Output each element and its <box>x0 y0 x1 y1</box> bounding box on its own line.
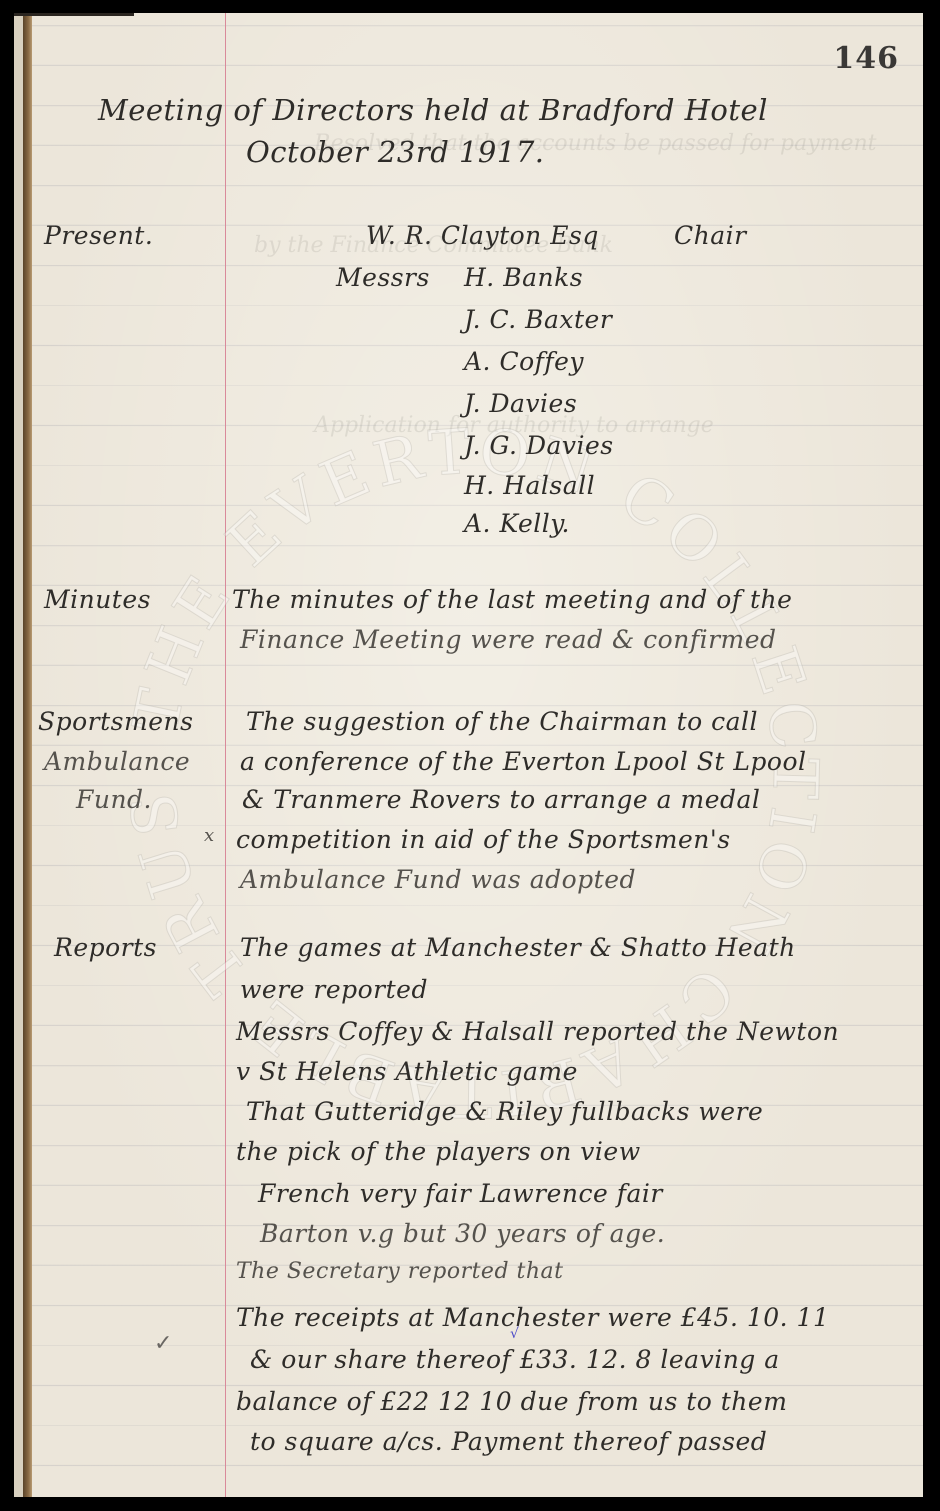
meeting-date: October 23rd 1917. <box>246 135 545 169</box>
margin-label-fund: Fund. <box>76 785 152 814</box>
margin-label-fund: Ambulance <box>44 747 190 776</box>
fund-line: The suggestion of the Chairman to call <box>246 707 758 736</box>
margin-label-minutes: Minutes <box>44 585 151 614</box>
member-name: A. Kelly. <box>464 509 570 538</box>
red-margin-rule <box>225 13 226 1497</box>
fund-line: competition in aid of the Sportsmen's <box>236 825 731 854</box>
fund-line: a conference of the Everton Lpool St Lpo… <box>240 747 807 776</box>
page-number: 146 <box>833 41 899 76</box>
page-edge <box>14 13 23 1497</box>
report-line: were reported <box>240 975 428 1004</box>
x-mark: x <box>204 825 215 846</box>
report-line: the pick of the players on view <box>236 1137 641 1166</box>
messrs-label: Messrs <box>336 263 430 292</box>
report-line: French very fair Lawrence fair <box>258 1179 663 1208</box>
member-name: J. Davies <box>464 389 577 418</box>
report-line: The receipts at Manchester were £45. 10.… <box>236 1303 829 1332</box>
fund-line: Ambulance Fund was adopted <box>240 865 636 894</box>
margin-check-mark: ✓ <box>154 1331 172 1356</box>
ledger-page: Resolved that the accounts be passed for… <box>14 13 923 1497</box>
meeting-heading: Meeting of Directors held at Bradford Ho… <box>98 93 768 127</box>
member-name: A. Coffey <box>464 347 584 376</box>
member-name: J. G. Davies <box>464 431 614 460</box>
member-name: J. C. Baxter <box>464 305 612 334</box>
chair-name: W. R. Clayton Esq <box>366 221 599 250</box>
blue-check-mark: √ <box>510 1326 519 1342</box>
chair-role: Chair <box>674 221 747 250</box>
report-line: The games at Manchester & Shatto Heath <box>240 933 796 962</box>
report-line: v St Helens Athletic game <box>236 1057 578 1086</box>
member-name: H. Banks <box>464 263 583 292</box>
margin-label-fund: Sportsmens <box>38 707 193 736</box>
present-label: Present. <box>44 221 153 250</box>
minutes-line: The minutes of the last meeting and of t… <box>232 585 792 614</box>
report-line: Barton v.g but 30 years of age. <box>260 1219 665 1248</box>
report-line: Messrs Coffey & Halsall reported the New… <box>236 1017 839 1046</box>
fund-line: & Tranmere Rovers to arrange a medal <box>242 785 760 814</box>
report-line: The Secretary reported that <box>236 1259 563 1284</box>
binding-top-shadow <box>14 13 134 16</box>
member-name: H. Halsall <box>464 471 595 500</box>
margin-label-reports: Reports <box>54 933 157 962</box>
report-line: to square a/cs. Payment thereof passed <box>250 1427 767 1456</box>
minutes-line: Finance Meeting were read & confirmed <box>240 625 777 654</box>
book-binding <box>23 13 32 1497</box>
report-line: That Gutteridge & Riley fullbacks were <box>246 1097 763 1126</box>
report-line: balance of £22 12 10 due from us to them <box>236 1387 787 1416</box>
report-line: & our share thereof £33. 12. 8 leaving a <box>250 1345 780 1374</box>
